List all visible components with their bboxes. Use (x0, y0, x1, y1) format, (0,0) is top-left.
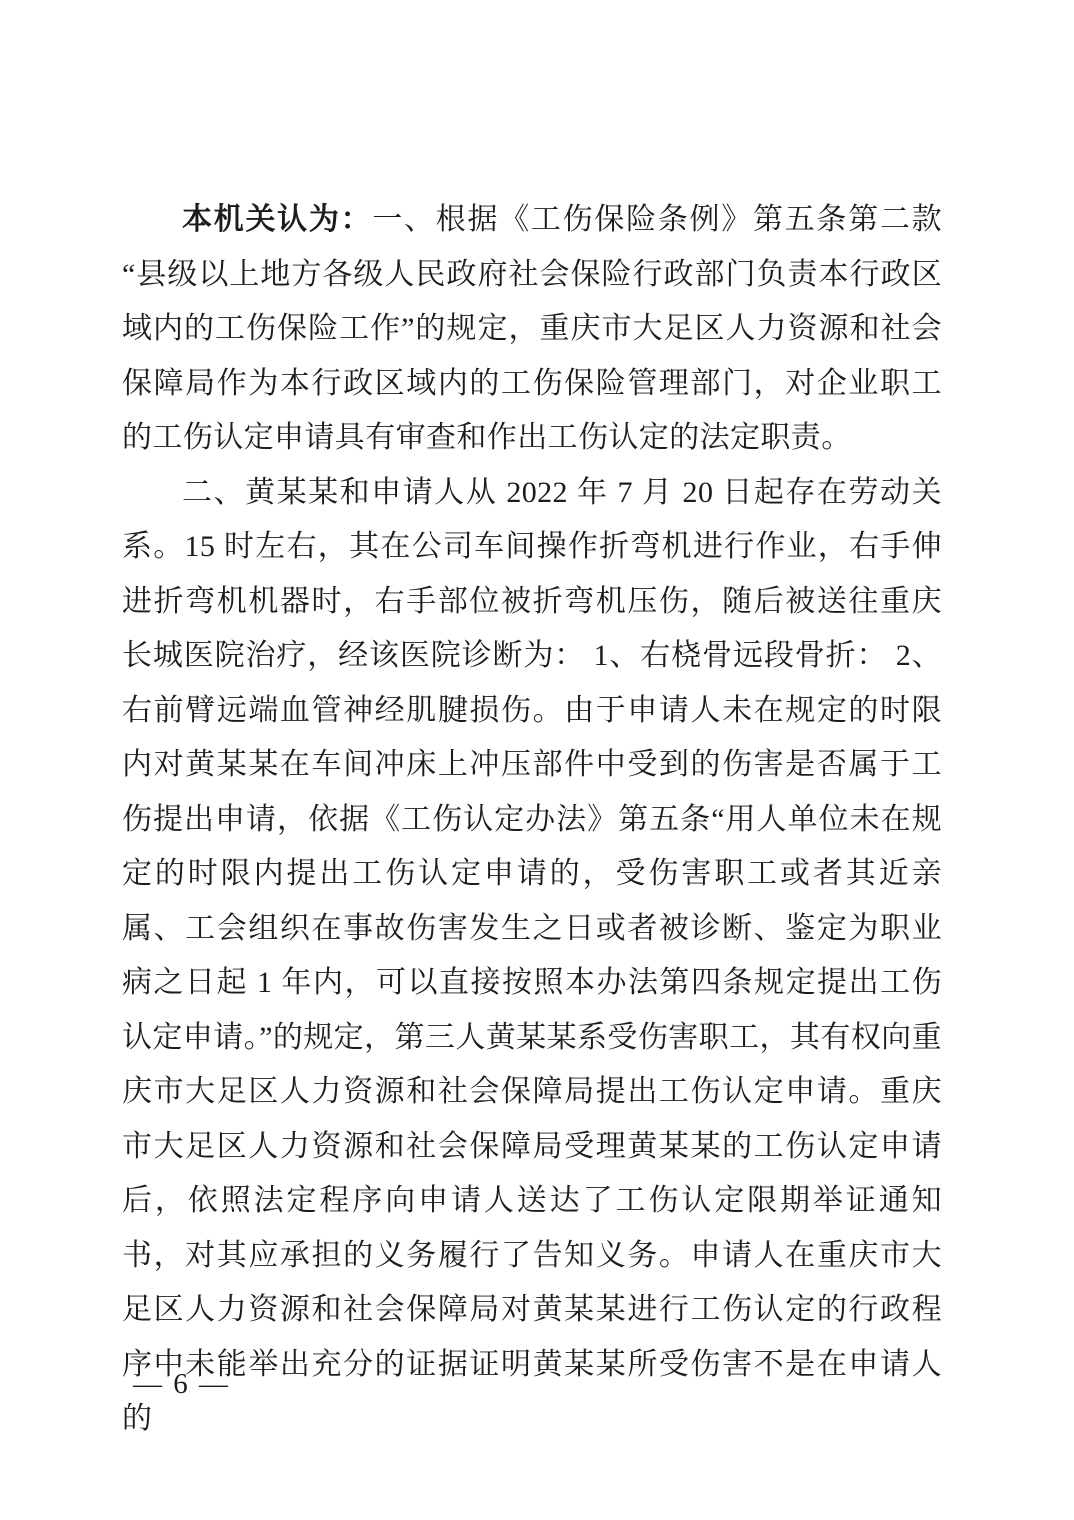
page-number: — 6 — (133, 1368, 230, 1400)
paragraph-2: 二、黄某某和申请人从 2022 年 7 月 20 日起存在劳动关系。15 时左右… (122, 466, 942, 1447)
document-page: 本机关认为：一、根据《工伤保险条例》第五条第二款“县级以上地方各级人民政府社会保… (0, 0, 1074, 1520)
document-body: 本机关认为：一、根据《工伤保险条例》第五条第二款“县级以上地方各级人民政府社会保… (122, 193, 942, 1447)
paragraph-1-lead: 本机关认为： (182, 203, 372, 236)
paragraph-1: 本机关认为：一、根据《工伤保险条例》第五条第二款“县级以上地方各级人民政府社会保… (122, 193, 942, 466)
page-footer: — 6 — (133, 1368, 230, 1401)
paragraph-2-text: 二、黄某某和申请人从 2022 年 7 月 20 日起存在劳动关系。15 时左右… (122, 476, 942, 1436)
paragraph-1-text: 一、根据《工伤保险条例》第五条第二款“县级以上地方各级人民政府社会保险行政部门负… (122, 203, 942, 454)
